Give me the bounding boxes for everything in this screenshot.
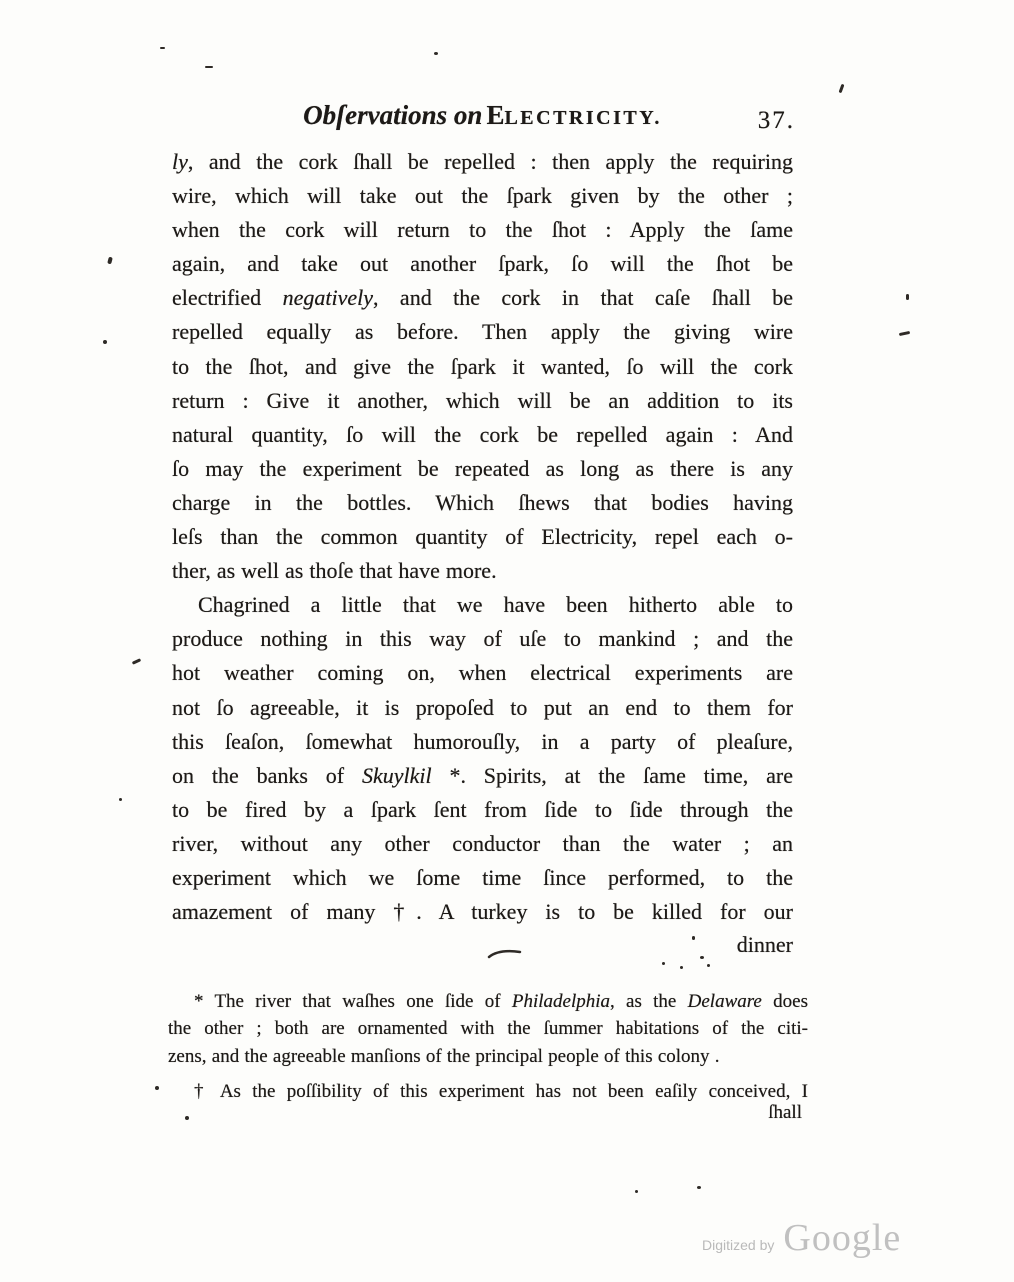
text-line: natural quantity, ſo will the cork be re… bbox=[172, 418, 793, 452]
scan-speck bbox=[185, 1116, 189, 1120]
text: , as the bbox=[610, 991, 688, 1012]
pen-stroke-artifact bbox=[487, 948, 523, 960]
text-line: this ſeaſon, ſomewhat humorouſly, in a p… bbox=[172, 725, 793, 759]
text-line: hot weather coming on, when electrical e… bbox=[172, 656, 793, 690]
text: on the banks of bbox=[172, 763, 362, 788]
italic-text: Philadelphia bbox=[512, 991, 610, 1012]
scan-speck bbox=[160, 47, 165, 49]
italic-text: ly bbox=[172, 149, 188, 174]
scan-speck bbox=[906, 294, 909, 300]
text: charge in the bottles. Which ſhews that … bbox=[172, 490, 793, 515]
scan-speck bbox=[707, 964, 710, 967]
text: ther, as well as thoſe that have more. bbox=[172, 558, 497, 583]
text-line: experiment which we ſome time ſince perf… bbox=[172, 861, 793, 895]
text: electrified bbox=[172, 285, 283, 310]
scan-speck bbox=[119, 798, 122, 801]
running-title-italic: Obſervations on bbox=[303, 100, 482, 130]
scan-speck bbox=[700, 956, 704, 959]
text-line: river, without any other conductor than … bbox=[172, 827, 793, 861]
scan-speck bbox=[635, 1190, 638, 1193]
italic-text: negatively bbox=[283, 285, 373, 310]
scan-speck bbox=[680, 966, 683, 969]
page-number: 37. bbox=[758, 107, 795, 135]
footnote-catchword: ſhall bbox=[768, 1102, 802, 1124]
running-title-caps-initial: E bbox=[486, 100, 504, 130]
text-line: produce nothing in this way of uſe to ma… bbox=[172, 622, 793, 656]
text: zens, and the agreeable manſions of the … bbox=[168, 1046, 720, 1067]
scan-speck bbox=[434, 52, 438, 55]
scan-speck bbox=[155, 1086, 159, 1090]
text: † As the poſſibility of this experiment … bbox=[194, 1081, 808, 1102]
text: leſs than the common quantity of Electri… bbox=[172, 524, 793, 549]
text-line: ſo may the experiment be repeated as lon… bbox=[172, 452, 793, 486]
running-title: Obſervations on ELECTRICITY. bbox=[172, 100, 793, 131]
text: hot weather coming on, when electrical e… bbox=[172, 660, 793, 685]
text: does bbox=[762, 991, 808, 1012]
scan-speck bbox=[692, 936, 695, 940]
text: natural quantity, ſo will the cork be re… bbox=[172, 422, 793, 447]
digitized-watermark: Digitized by Google bbox=[702, 1216, 901, 1260]
book-page-scan: Obſervations on ELECTRICITY. 37. ly, and… bbox=[0, 0, 1014, 1282]
text: the other ; both are ornamented with the… bbox=[168, 1018, 808, 1039]
footnote-2: † As the poſſibility of this experiment … bbox=[168, 1078, 808, 1105]
text-line: to be fired by a ſpark ſent from ſide to… bbox=[172, 793, 793, 827]
italic-text: Skuylkil bbox=[362, 763, 432, 788]
text-line: zens, and the agreeable manſions of the … bbox=[168, 1043, 808, 1070]
text-line: again, and take out another ſpark, ſo wi… bbox=[172, 247, 793, 281]
text-line: † As the poſſibility of this experiment … bbox=[168, 1078, 808, 1105]
scan-speck bbox=[205, 66, 213, 68]
text-line: wire, which will take out the ſpark give… bbox=[172, 179, 793, 213]
text-line: ly, and the cork ſhall be repelled : the… bbox=[172, 145, 793, 179]
running-header: Obſervations on ELECTRICITY. 37. bbox=[172, 100, 793, 142]
text-line: Chagrined a little that we have been hit… bbox=[172, 588, 793, 622]
text: experiment which we ſome time ſince perf… bbox=[172, 865, 793, 890]
text-line: electrified negatively, and the cork in … bbox=[172, 281, 793, 315]
text: , and the cork ſhall be repelled : then … bbox=[188, 149, 793, 174]
text: when the cork will return to the ſhot : … bbox=[172, 217, 793, 242]
text-line: to the ſhot, and give the ſpark it wante… bbox=[172, 350, 793, 384]
scan-speck bbox=[103, 340, 107, 344]
text: to be fired by a ſpark ſent from ſide to… bbox=[172, 797, 793, 822]
text-line: ther, as well as thoſe that have more. bbox=[172, 554, 793, 588]
text: again, and take out another ſpark, ſo wi… bbox=[172, 251, 793, 276]
text: wire, which will take out the ſpark give… bbox=[172, 183, 793, 208]
text: *. Spirits, at the ſame time, are bbox=[432, 763, 793, 788]
footnote-1: * The river that waſhes one ſide of Phil… bbox=[168, 988, 808, 1070]
text-line: amazement of many †. A turkey is to be k… bbox=[172, 895, 793, 929]
text-line: when the cork will return to the ſhot : … bbox=[172, 213, 793, 247]
scan-speck bbox=[899, 331, 910, 336]
text-line: on the banks of Skuylkil *. Spirits, at … bbox=[172, 759, 793, 793]
text-line: repelled equally as before. Then apply t… bbox=[172, 315, 793, 349]
italic-text: Delaware bbox=[688, 991, 762, 1012]
digitized-by-label: Digitized by bbox=[702, 1237, 774, 1253]
text: Chagrined a little that we have been hit… bbox=[198, 592, 793, 617]
scan-speck bbox=[839, 84, 845, 93]
text: produce nothing in this way of uſe to ma… bbox=[172, 626, 793, 651]
text-line: charge in the bottles. Which ſhews that … bbox=[172, 486, 793, 520]
text-line: not ſo agreeable, it is propoſed to put … bbox=[172, 691, 793, 725]
text: to the ſhot, and give the ſpark it wante… bbox=[172, 354, 793, 379]
running-title-caps-rest: LECTRICITY. bbox=[504, 107, 661, 129]
text: return : Give it another, which will be … bbox=[172, 388, 793, 413]
text: repelled equally as before. Then apply t… bbox=[172, 319, 793, 344]
text-line: * The river that waſhes one ſide of Phil… bbox=[168, 988, 808, 1015]
text: not ſo agreeable, it is propoſed to put … bbox=[172, 695, 793, 720]
text: amazement of many †. A turkey is to be k… bbox=[172, 899, 793, 924]
scan-speck bbox=[107, 257, 113, 265]
catchword: dinner bbox=[737, 932, 793, 958]
text: this ſeaſon, ſomewhat humorouſly, in a p… bbox=[172, 729, 793, 754]
scan-speck bbox=[697, 1186, 701, 1189]
text-line: leſs than the common quantity of Electri… bbox=[172, 520, 793, 554]
scan-speck bbox=[132, 658, 141, 665]
text: ſo may the experiment be repeated as lon… bbox=[172, 456, 793, 481]
text: river, without any other conductor than … bbox=[172, 831, 793, 856]
google-logo: Google bbox=[783, 1216, 901, 1260]
body-text-block: ly, and the cork ſhall be repelled : the… bbox=[172, 145, 793, 929]
text: , and the cork in that caſe ſhall be bbox=[373, 285, 793, 310]
text-line: the other ; both are ornamented with the… bbox=[168, 1015, 808, 1042]
text-line: return : Give it another, which will be … bbox=[172, 384, 793, 418]
text: * The river that waſhes one ſide of bbox=[194, 991, 512, 1012]
scan-speck bbox=[662, 962, 665, 965]
